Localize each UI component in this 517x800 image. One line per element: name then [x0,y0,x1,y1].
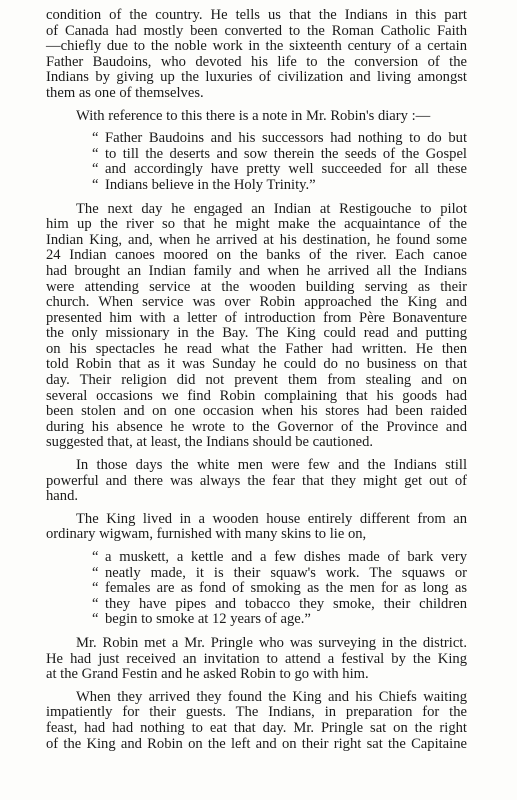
paragraph-grand-festin: When they arrived they found the King an… [46,690,467,752]
quote-line: “to till the deserts and sow therein the… [92,147,467,163]
block-quote-baudoins: “Father Baudoins and his successors had … [46,131,467,193]
text-line: condition of the country. He tells us th… [46,8,467,24]
text-line: Indians by giving up the luxuries of civ… [46,70,467,86]
text-line: on his spectacles he read what the Fathe… [46,342,467,358]
text-line: church. When service was over Robin appr… [46,295,467,311]
text-line: suggested that, at least, the Indians sh… [46,435,467,451]
quote-text: they have pipes and tobacco they smoke, … [105,596,467,612]
text-line: of Canada had mostly been converted to t… [46,24,467,40]
text-line: ordinary wigwam, furnished with many ski… [46,527,467,543]
text-line: The King lived in a wooden house entirel… [46,512,467,528]
quote-mark: “ [92,131,105,147]
text-line: been stolen and on one occasion when his… [46,404,467,420]
text-line: during his absence he wrote to the Gover… [46,420,467,436]
quote-mark: “ [92,147,105,163]
text-line: were attending service at the wooden bui… [46,280,467,296]
text-line: With reference to this there is a note i… [76,109,467,125]
quote-mark: “ [92,566,105,582]
quote-line: “females are as fond of smoking as the m… [92,581,467,597]
text-line: When they arrived they found the King an… [46,690,467,706]
text-line: him up the river so that he might make t… [46,217,467,233]
quote-text: neatly made, it is their squaw's work. T… [105,565,467,581]
quote-text: females are as fond of smoking as the me… [105,580,467,596]
quote-mark: “ [92,612,105,628]
paragraph-restigouche: The next day he engaged an Indian at Res… [46,202,467,452]
quote-mark: “ [92,178,105,194]
quote-line: “Indians believe in the Holy Trinity.” [92,178,467,194]
quote-line: “a muskett, a kettle and a few dishes ma… [92,550,467,566]
text-line: In those days the white men were few and… [46,458,467,474]
quote-line: “and accordingly have pretty well succee… [92,162,467,178]
text-line: had brought an Indian family and when he… [46,264,467,280]
paragraph-white-men: In those days the white men were few and… [46,458,467,505]
quote-text: and accordingly have pretty well succeed… [105,161,467,177]
text-line: the only missionary in the Bay. The King… [46,326,467,342]
text-line: He had just received an invitation to at… [46,652,467,668]
document-page: condition of the country. He tells us th… [46,8,467,759]
quote-mark: “ [92,581,105,597]
quote-text: begin to smoke at 12 years of age.” [105,611,311,627]
text-line: Father Baudoins, who devoted his life to… [46,55,467,71]
text-line: hand. [46,489,467,505]
text-line: Mr. Robin met a Mr. Pringle who was surv… [46,636,467,652]
text-line: 24 Indian canoes moored on the banks of … [46,248,467,264]
paragraph-continuation: condition of the country. He tells us th… [46,8,467,102]
block-quote-wigwam: “a muskett, a kettle and a few dishes ma… [46,550,467,628]
text-line: several occasions we find Robin complain… [46,389,467,405]
text-line: them as one of themselves. [46,86,467,102]
paragraph-diary-intro: With reference to this there is a note i… [46,109,467,125]
text-line: at the Grand Festin and he asked Robin t… [46,667,467,683]
text-line: Indian King, and, when he arrived at his… [46,233,467,249]
text-line: told Robin that as it was Sunday he coul… [46,357,467,373]
text-line: The next day he engaged an Indian at Res… [46,202,467,218]
quote-line: “they have pipes and tobacco they smoke,… [92,597,467,613]
quote-line: “neatly made, it is their squaw's work. … [92,566,467,582]
text-line: powerful and there was always the fear t… [46,474,467,490]
quote-line: “begin to smoke at 12 years of age.” [92,612,467,628]
text-line: —chiefly due to the noble work in the si… [46,39,467,55]
paragraph-kings-house: The King lived in a wooden house entirel… [46,512,467,543]
quote-mark: “ [92,597,105,613]
text-line: impatiently for their guests. The Indian… [46,705,467,721]
paragraph-pringle: Mr. Robin met a Mr. Pringle who was surv… [46,636,467,683]
quote-mark: “ [92,162,105,178]
text-line: of the King and Robin on the left and on… [46,737,467,753]
quote-text: to till the deserts and sow therein the … [105,146,467,162]
quote-text: a muskett, a kettle and a few dishes mad… [105,549,467,565]
text-line: presented him with a letter of introduct… [46,311,467,327]
quote-line: “Father Baudoins and his successors had … [92,131,467,147]
text-line: feast, had had nothing to eat that day. … [46,721,467,737]
quote-text: Father Baudoins and his successors had n… [105,130,467,146]
quote-mark: “ [92,550,105,566]
quote-text: Indians believe in the Holy Trinity.” [105,177,316,193]
text-line: day. Their religion did not prevent them… [46,373,467,389]
